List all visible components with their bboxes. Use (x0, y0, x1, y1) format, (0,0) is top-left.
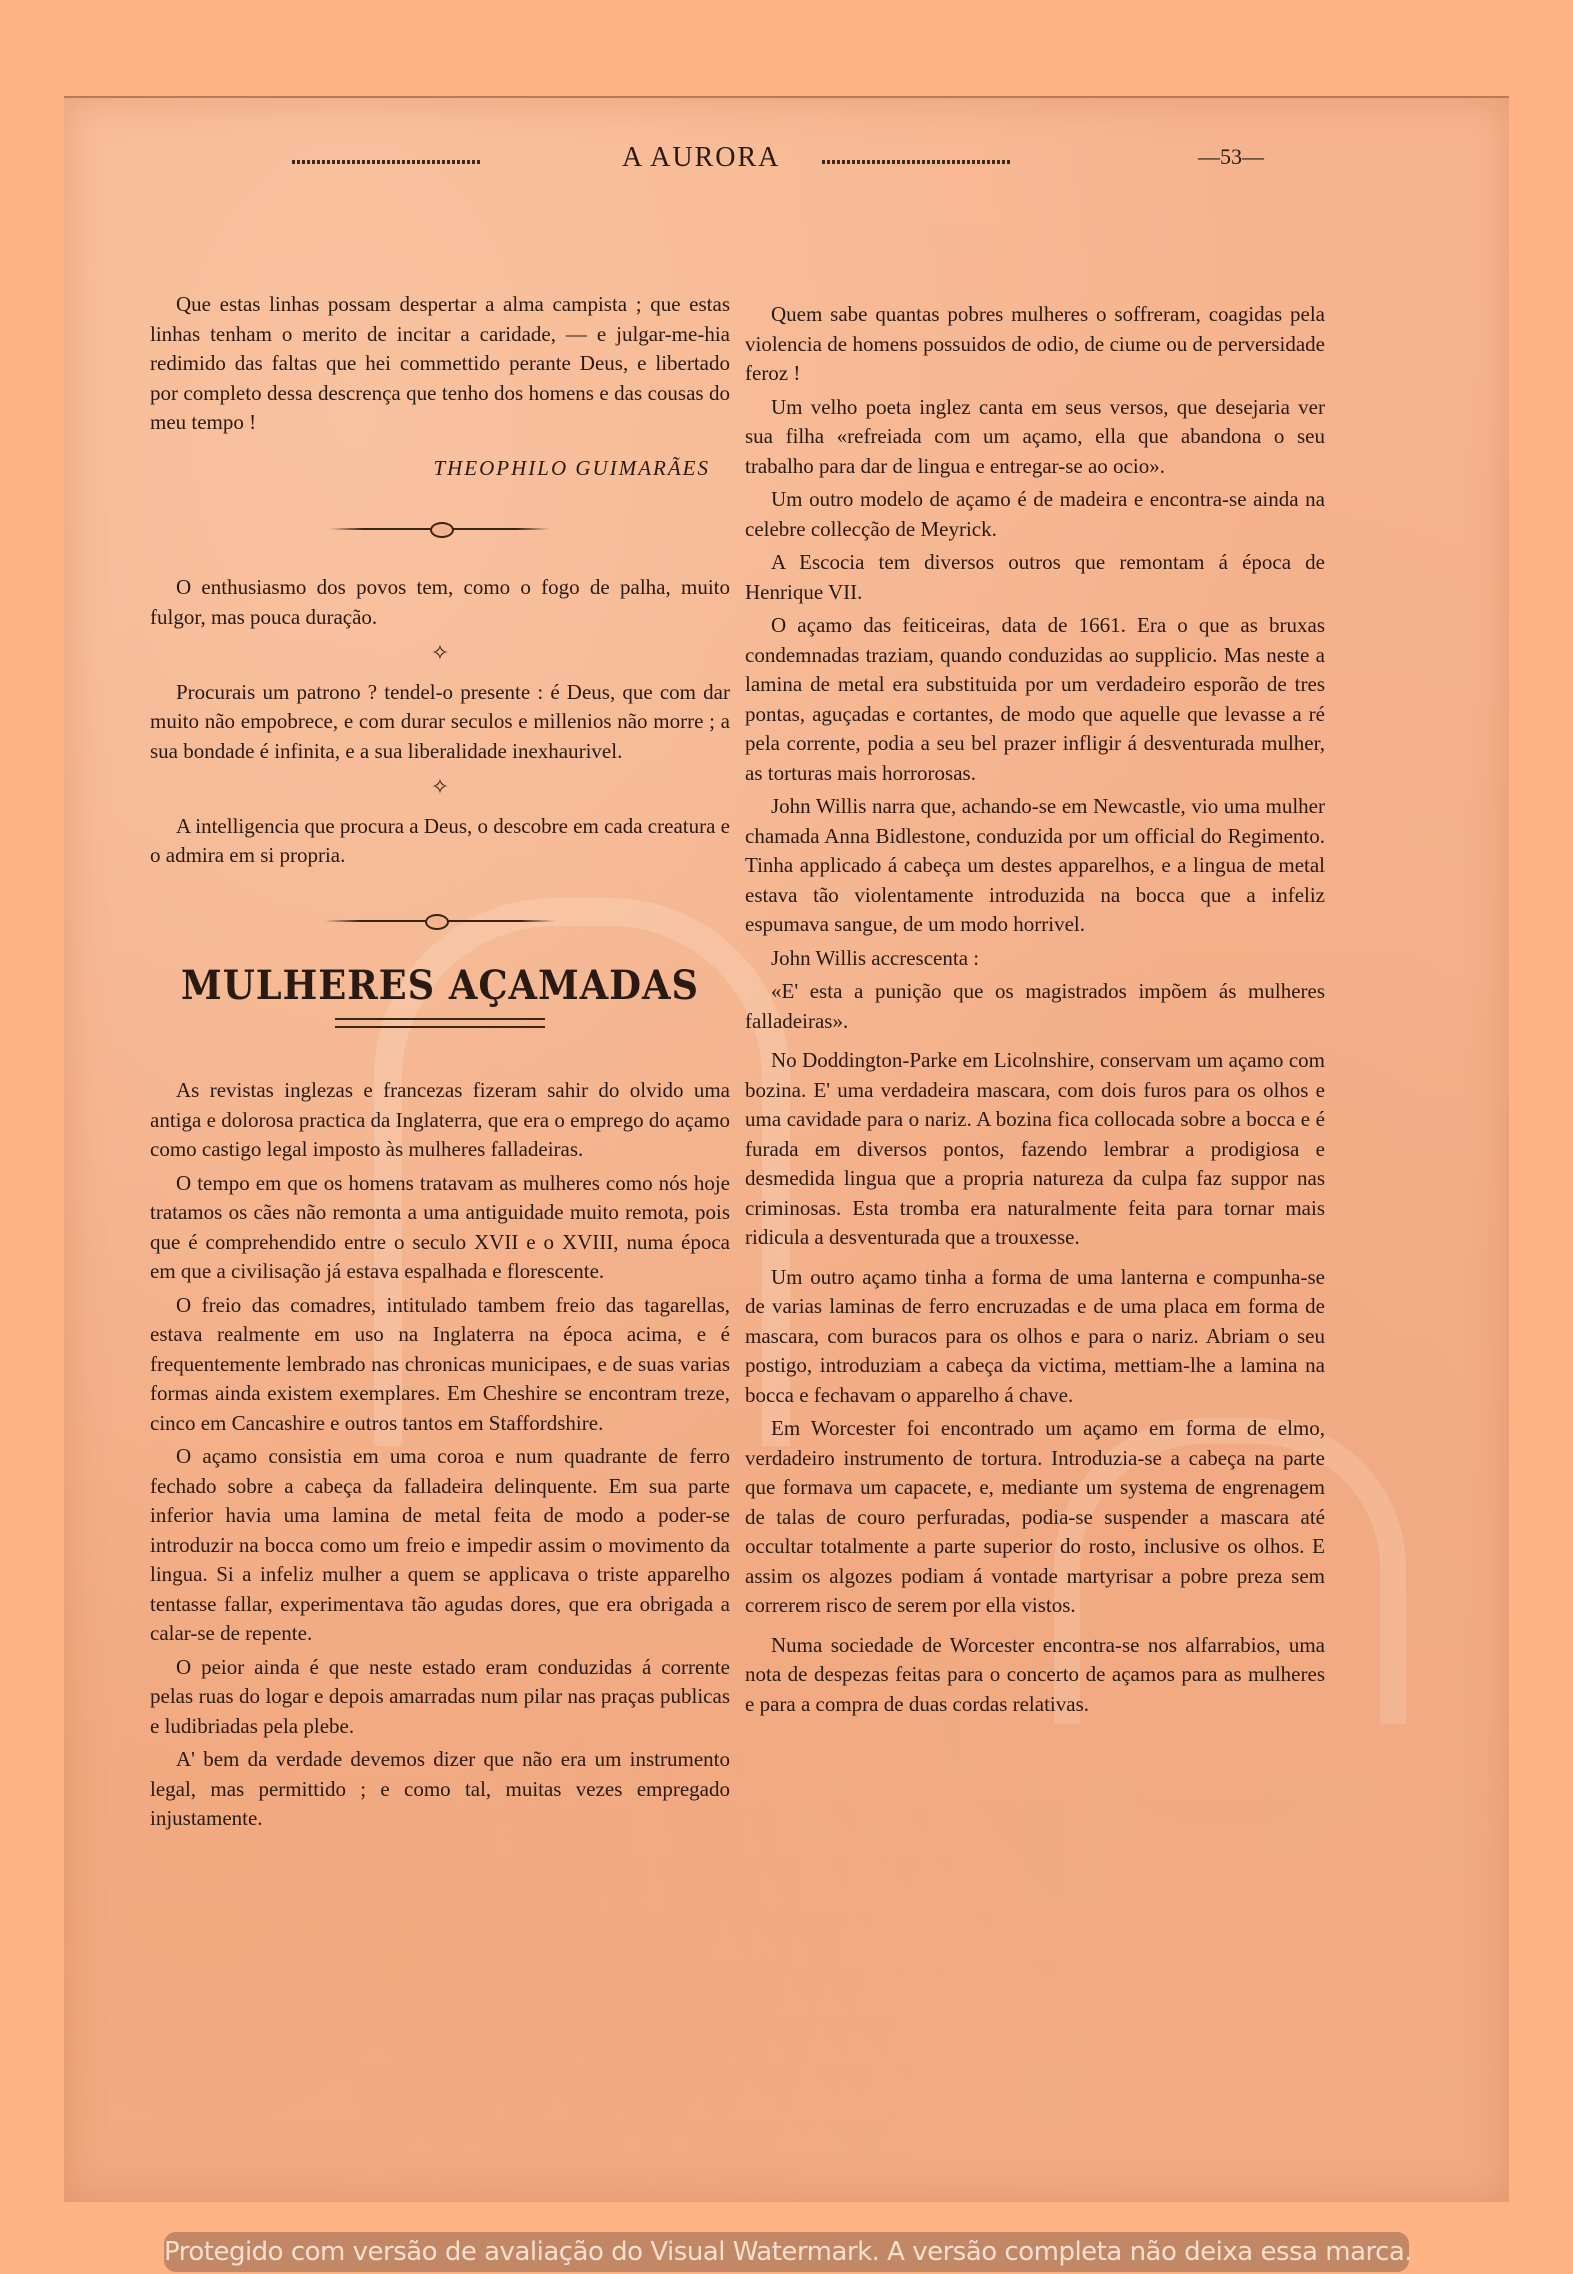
title-double-rule (335, 1018, 545, 1028)
running-title: A AURORA (622, 142, 780, 174)
article-paragraph: O açamo das feiticeiras, data de 1661. E… (745, 611, 1325, 788)
article-paragraph: Um outro açamo tinha a forma de uma lant… (745, 1263, 1325, 1411)
article-paragraph: A' bem da verdade devemos dizer que não … (150, 1745, 730, 1834)
ornamental-divider (325, 911, 555, 931)
article-paragraph: As revistas inglezas e francezas fizeram… (150, 1076, 730, 1165)
left-column: Que estas linhas possam despertar a alma… (150, 290, 730, 1838)
article-paragraph: Quem sabe quantas pobres mulheres o soff… (745, 300, 1325, 389)
ornamental-divider (330, 519, 550, 539)
article-paragraph: O tempo em que os homens tratavam as mul… (150, 1169, 730, 1287)
article-paragraph: Em Worcester foi encontrado um açamo em … (745, 1414, 1325, 1621)
article-paragraph: O freio das comadres, intitulado tambem … (150, 1291, 730, 1439)
article-paragraph: A Escocia tem diversos outros que remont… (745, 548, 1325, 607)
maxim-2: Procurais um patrono ? tendel-o presente… (150, 678, 730, 767)
article-paragraph: John Willis narra que, achando-se em New… (745, 792, 1325, 940)
maxim-3: A intelligencia que procura a Deus, o de… (150, 812, 730, 871)
article-paragraph: O peior ainda é que neste estado eram co… (150, 1653, 730, 1742)
article-paragraph: Numa sociedade de Worcester encontra-se … (745, 1631, 1325, 1720)
quote-paragraph: «E' esta a punição que os magistrados im… (745, 977, 1325, 1036)
intro-paragraph: Que estas linhas possam despertar a alma… (150, 290, 730, 438)
running-header: A AURORA —53— (360, 142, 1360, 182)
article-paragraph: O açamo consistia em uma coroa e num qua… (150, 1442, 730, 1649)
page-number: —53— (1198, 144, 1264, 170)
header-wavy-rule-right (822, 160, 1012, 164)
star-separator-icon: ✧ (150, 638, 730, 668)
header-wavy-rule-left (292, 160, 482, 164)
star-separator-icon: ✧ (150, 772, 730, 802)
article-paragraph: Um outro modelo de açamo é de madeira e … (745, 485, 1325, 544)
article-paragraph: Um velho poeta inglez canta em seus vers… (745, 393, 1325, 482)
article-paragraph: John Willis accrescenta : (745, 944, 1325, 974)
author-signature: THEOPHILO GUIMARÃES (150, 454, 710, 484)
maxim-1: O enthusiasmo dos povos tem, como o fogo… (150, 573, 730, 632)
article-paragraph: No Doddington-Parke em Licolnshire, cons… (745, 1046, 1325, 1253)
watermark-banner: Protegido com versão de avaliação do Vis… (164, 2232, 1409, 2272)
article-title: MULHERES AÇAMADAS (173, 971, 707, 1001)
right-column: Quem sabe quantas pobres mulheres o soff… (745, 300, 1325, 1723)
